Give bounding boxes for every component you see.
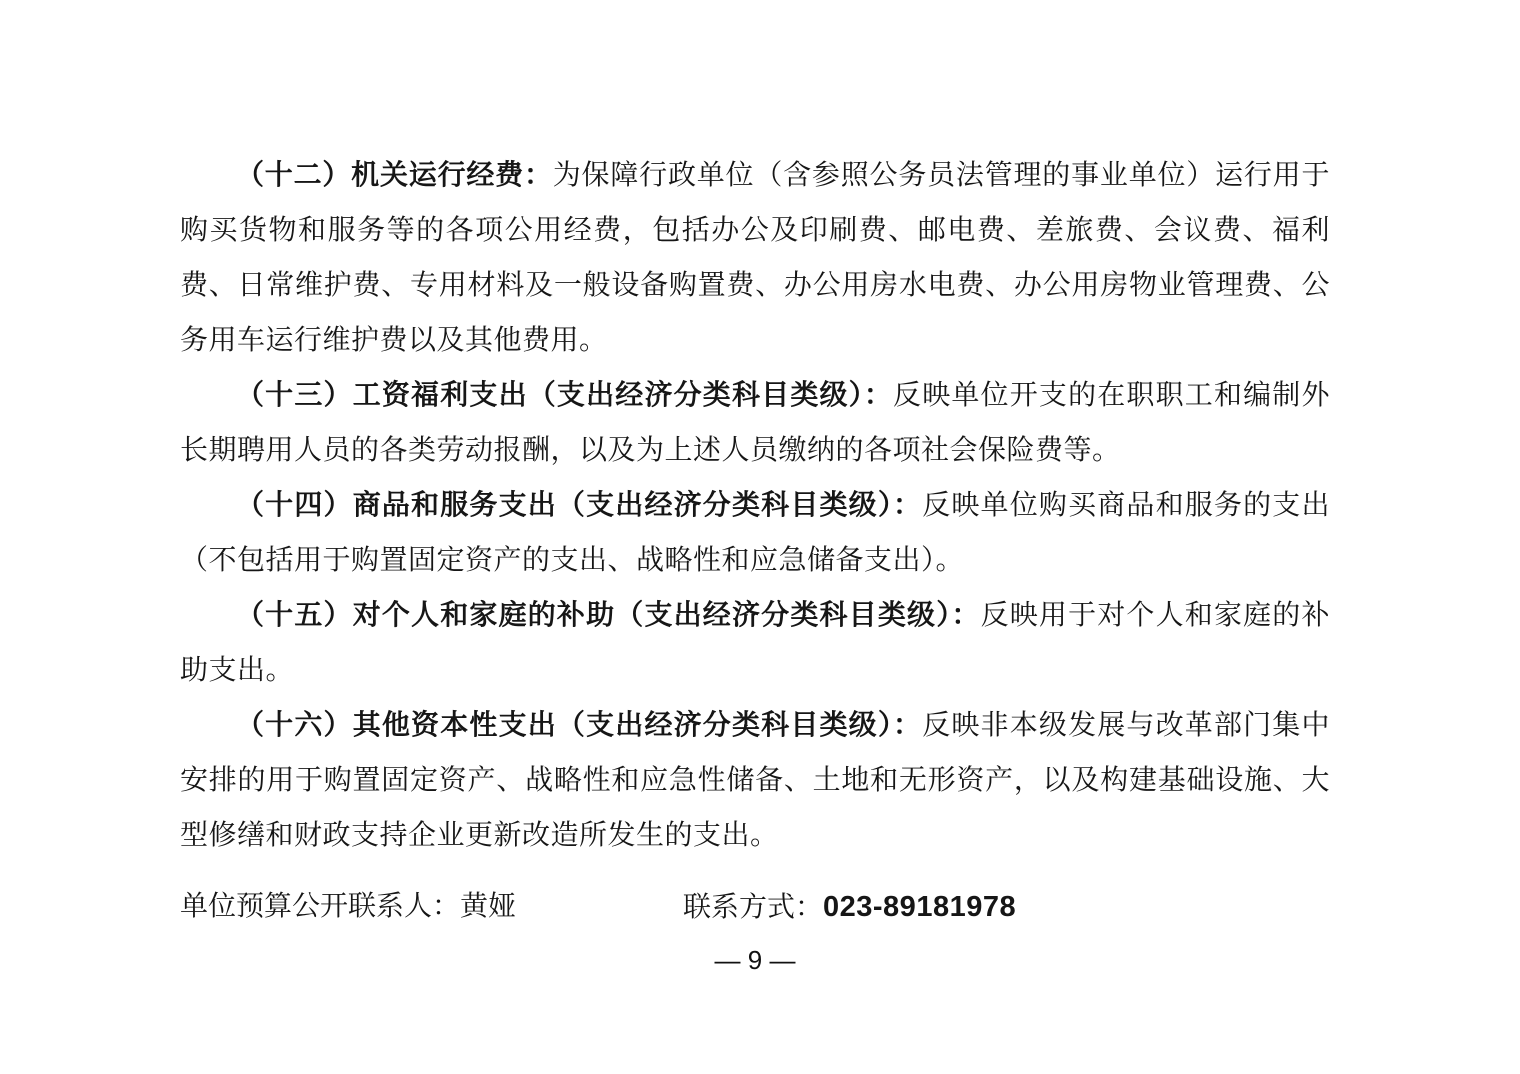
paragraph-item-16: （十六）其他资本性支出（支出经济分类科目类级）：反映非本级发展与改革部门集中安排… xyxy=(180,698,1330,863)
contact-name: 黄娅 xyxy=(460,891,516,922)
paragraph-lead: （十六）其他资本性支出（支出经济分类科目类级）： xyxy=(236,710,922,741)
phone-label: 联系方式： xyxy=(683,892,823,923)
paragraph-lead: （十五）对个人和家庭的补助（支出经济分类科目类级）： xyxy=(236,600,981,631)
document-body: （十二）机关运行经费：为保障行政单位（含参照公务员法管理的事业单位）运行用于购买… xyxy=(180,148,1330,980)
paragraph-item-13: （十三）工资福利支出（支出经济分类科目类级）：反映单位开支的在职职工和编制外长期… xyxy=(180,368,1330,478)
paragraph-item-15: （十五）对个人和家庭的补助（支出经济分类科目类级）：反映用于对个人和家庭的补助支… xyxy=(180,588,1330,698)
page-number: — 9 — xyxy=(180,940,1330,980)
paragraph-item-12: （十二）机关运行经费：为保障行政单位（含参照公务员法管理的事业单位）运行用于购买… xyxy=(180,148,1330,368)
contact-line: 单位预算公开联系人：黄娅 联系方式：023-89181978 xyxy=(180,887,1330,927)
paragraph-lead: （十二）机关运行经费： xyxy=(236,160,553,191)
paragraph-lead: （十三）工资福利支出（支出经济分类科目类级）： xyxy=(236,380,893,411)
document-page: （十二）机关运行经费：为保障行政单位（含参照公务员法管理的事业单位）运行用于购买… xyxy=(0,0,1520,1074)
paragraph-item-14: （十四）商品和服务支出（支出经济分类科目类级）：反映单位购买商品和服务的支出（不… xyxy=(180,478,1330,588)
contact-label: 单位预算公开联系人： xyxy=(180,891,460,922)
paragraph-lead: （十四）商品和服务支出（支出经济分类科目类级）： xyxy=(236,490,922,521)
phone-group: 联系方式：023-89181978 xyxy=(683,887,1016,928)
phone-number: 023-89181978 xyxy=(823,891,1016,923)
